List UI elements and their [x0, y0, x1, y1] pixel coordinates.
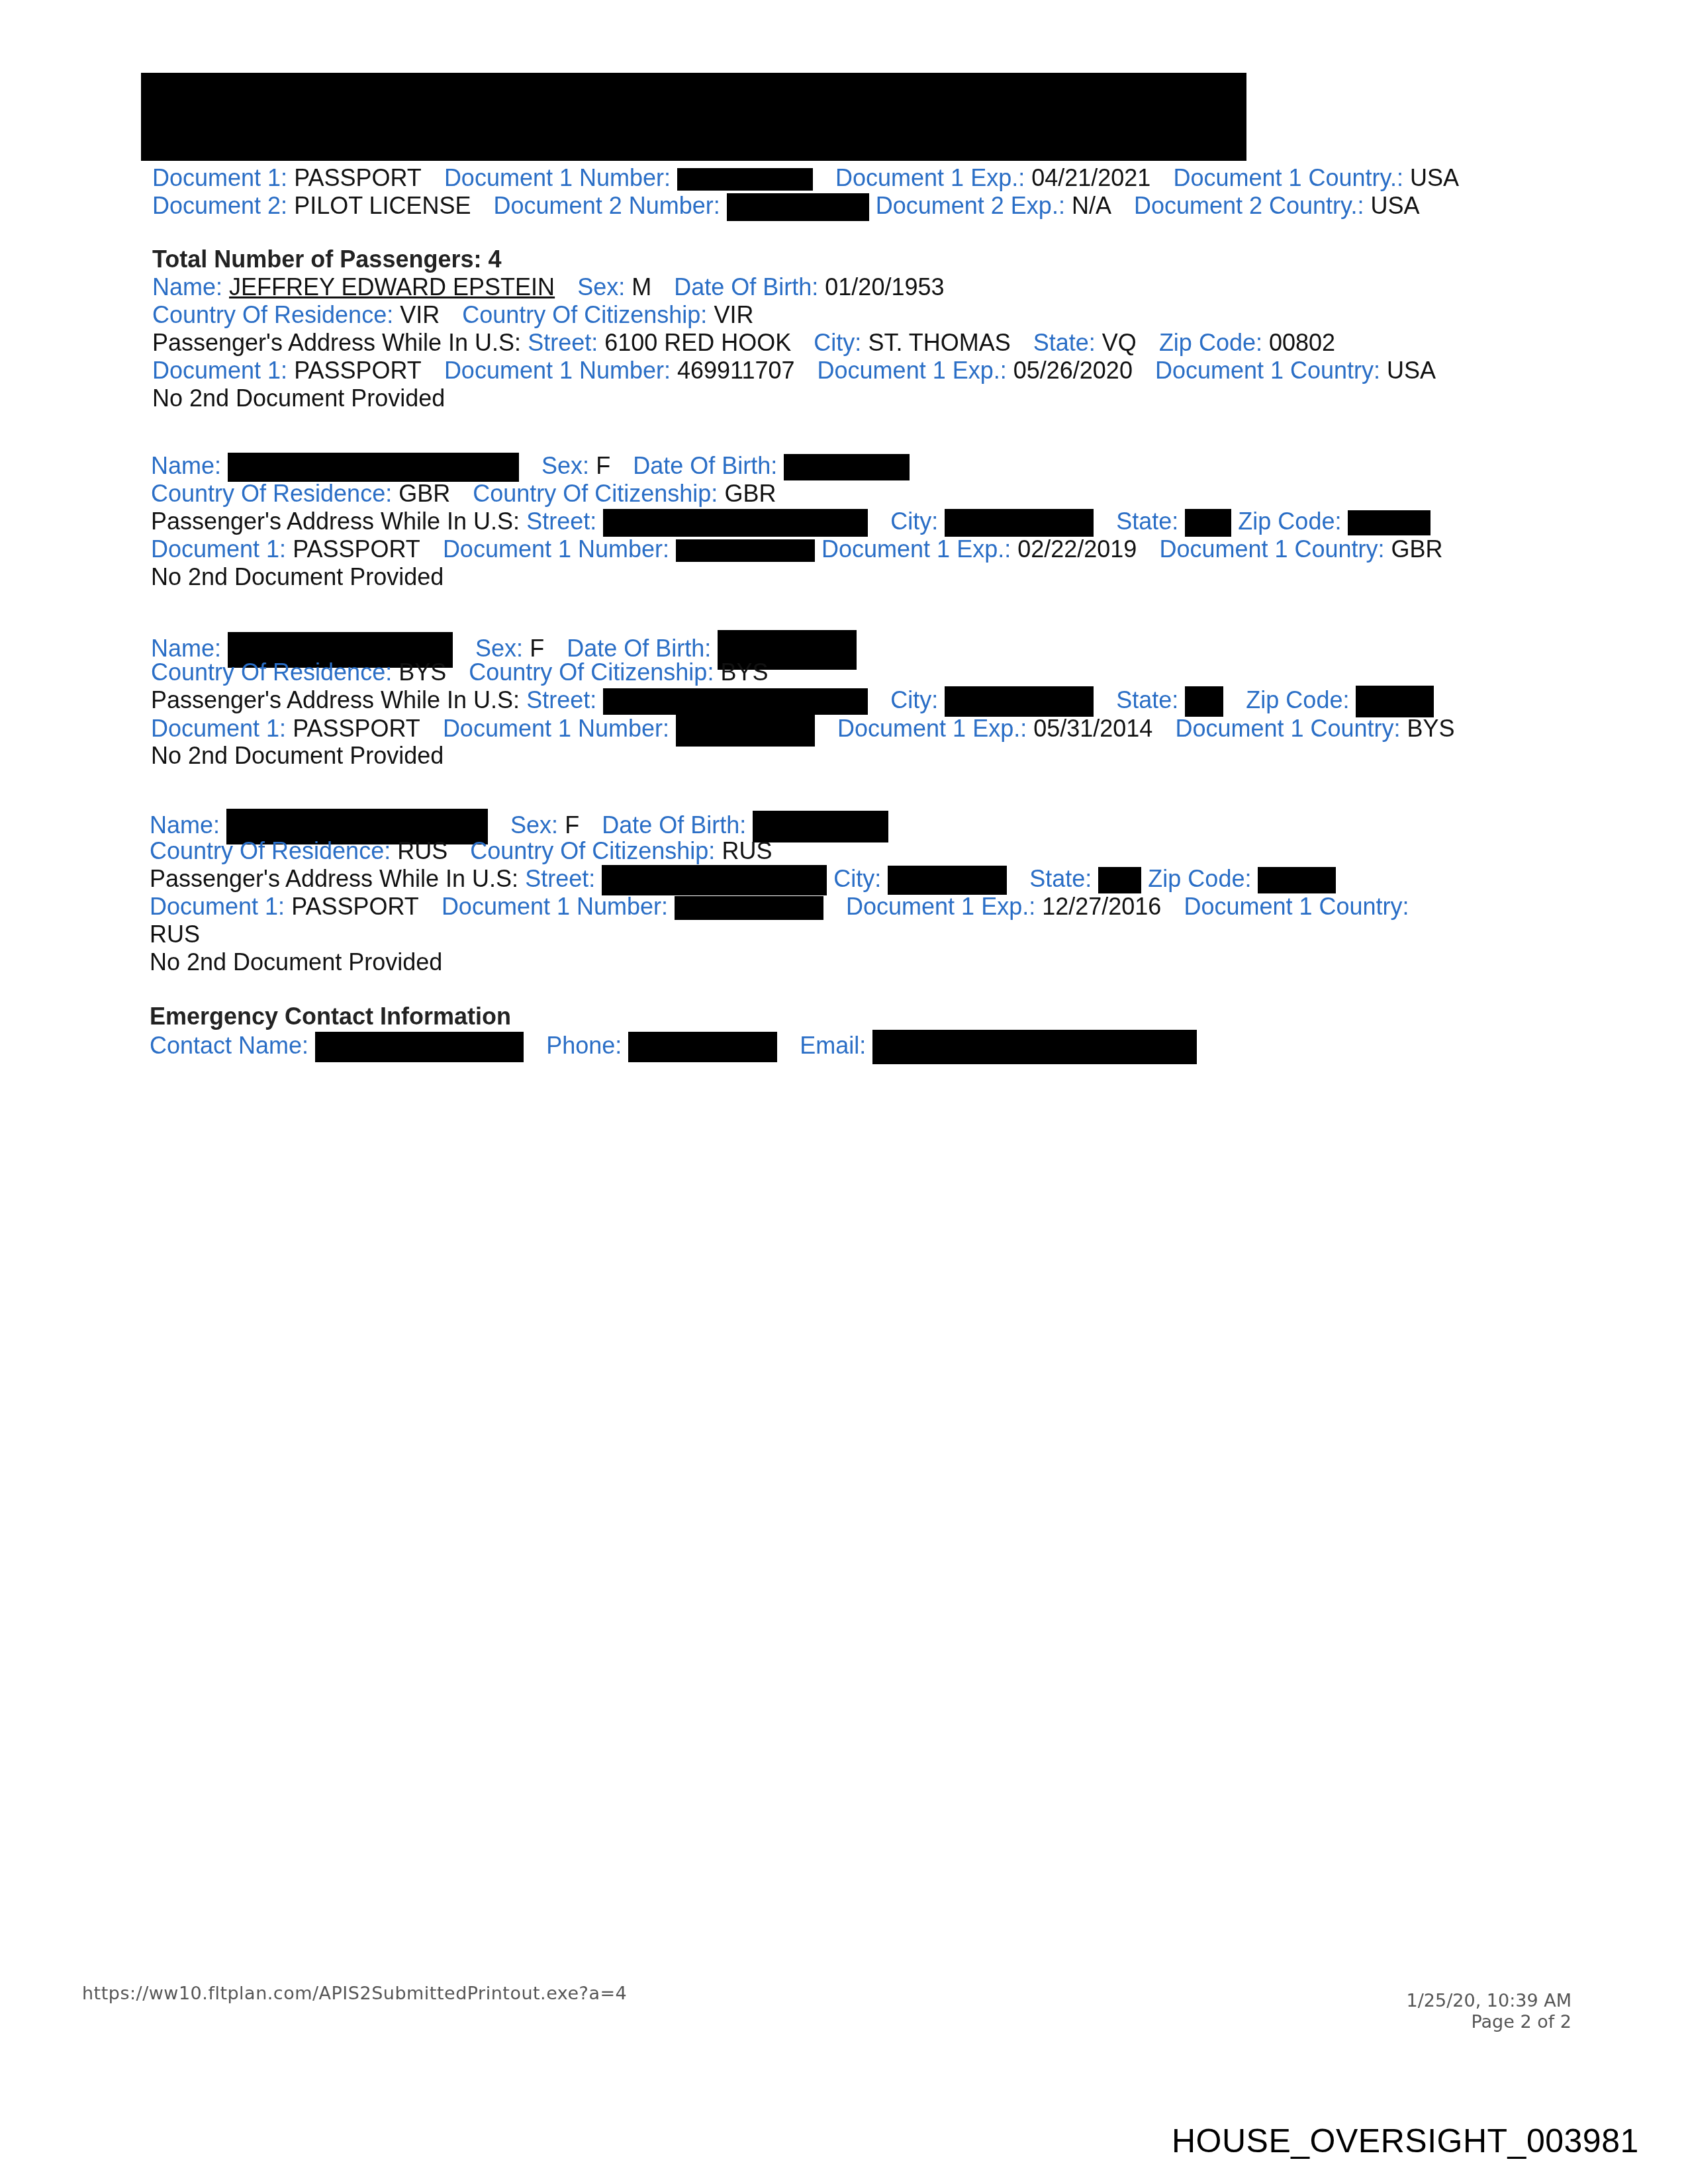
- crew-document-2-row: Document 2: PILOT LICENSE Document 2 Num…: [152, 191, 1419, 221]
- redaction-crew-doc1-number: [677, 168, 813, 191]
- passenger-1-no-second-document: No 2nd Document Provided: [152, 384, 445, 413]
- redaction-block-header: [141, 73, 1246, 161]
- redaction-passenger-2-street: [603, 509, 868, 537]
- passenger-4-document-row: Document 1: PASSPORT Document 1 Number: …: [150, 892, 1409, 921]
- redaction-passenger-4-dob: [753, 811, 888, 842]
- passenger-1-document-row: Document 1: PASSPORT Document 1 Number: …: [152, 356, 1436, 385]
- passenger-1-identity-row: Name: JEFFREY EDWARD EPSTEIN Sex: M Date…: [152, 273, 945, 302]
- passenger-2-address-row: Passenger's Address While In U.S: Street…: [151, 507, 1430, 537]
- passenger-4-no-second-document: No 2nd Document Provided: [150, 948, 442, 977]
- passenger-2-identity-row: Name: Sex: F Date Of Birth:: [151, 451, 910, 482]
- redaction-emergency-contact-name: [315, 1032, 524, 1062]
- redaction-passenger-2-doc1-number: [676, 539, 815, 562]
- crew-document-1-row: Document 1: PASSPORT Document 1 Number: …: [152, 163, 1459, 193]
- passenger-2-no-second-document: No 2nd Document Provided: [151, 563, 444, 592]
- redaction-passenger-3-state: [1185, 686, 1223, 717]
- page-number: Page 2 of 2: [1407, 2012, 1571, 2033]
- redaction-emergency-email: [872, 1030, 1197, 1064]
- bates-number: HOUSE_OVERSIGHT_003981: [1172, 2122, 1639, 2160]
- passenger-2-country-row: Country Of Residence: GBR Country Of Cit…: [151, 479, 776, 508]
- passenger-4-document-country-wrapped: RUS: [150, 920, 200, 949]
- redaction-crew-doc2-number: [727, 193, 869, 221]
- redaction-passenger-2-zip: [1348, 510, 1430, 535]
- redaction-passenger-4-zip: [1258, 867, 1336, 893]
- passenger-1-name: JEFFREY EDWARD EPSTEIN: [229, 273, 555, 300]
- redaction-emergency-phone: [628, 1032, 777, 1062]
- passenger-3-country-row: Country Of Residence: BYS Country Of Cit…: [151, 658, 768, 687]
- redaction-passenger-3-doc1-number: [676, 713, 815, 747]
- redaction-passenger-3-city: [945, 686, 1094, 717]
- print-datetime: 1/25/20, 10:39 AM: [1407, 1991, 1571, 2012]
- redaction-passenger-2-name: [228, 453, 519, 482]
- passenger-3-no-second-document: No 2nd Document Provided: [151, 741, 444, 770]
- redaction-passenger-2-city: [945, 509, 1094, 537]
- redaction-passenger-2-dob: [784, 454, 910, 480]
- passenger-1-address-row: Passenger's Address While In U.S: Street…: [152, 328, 1335, 357]
- emergency-contact-row: Contact Name: Phone: Email:: [150, 1030, 1197, 1064]
- passenger-4-address-row: Passenger's Address While In U.S: Street…: [150, 864, 1336, 895]
- emergency-contact-heading: Emergency Contact Information: [150, 1002, 511, 1031]
- redaction-passenger-3-street: [603, 688, 868, 715]
- redaction-passenger-2-state: [1185, 509, 1231, 537]
- print-footer-url: https://ww10.fltplan.com/APIS2SubmittedP…: [82, 1983, 627, 2004]
- passenger-2-document-row: Document 1: PASSPORT Document 1 Number: …: [151, 535, 1443, 564]
- redaction-passenger-4-city: [888, 866, 1007, 895]
- redaction-passenger-4-state: [1098, 867, 1141, 893]
- print-footer-info: 1/25/20, 10:39 AM Page 2 of 2: [1407, 1991, 1571, 2033]
- redaction-passenger-4-doc1-number: [675, 896, 823, 920]
- passenger-1-country-row: Country Of Residence: VIR Country Of Cit…: [152, 300, 753, 330]
- redaction-passenger-4-street: [602, 865, 827, 895]
- passenger-4-country-row: Country Of Residence: RUS Country Of Cit…: [150, 837, 772, 866]
- passenger-count-heading: Total Number of Passengers: 4: [152, 245, 501, 274]
